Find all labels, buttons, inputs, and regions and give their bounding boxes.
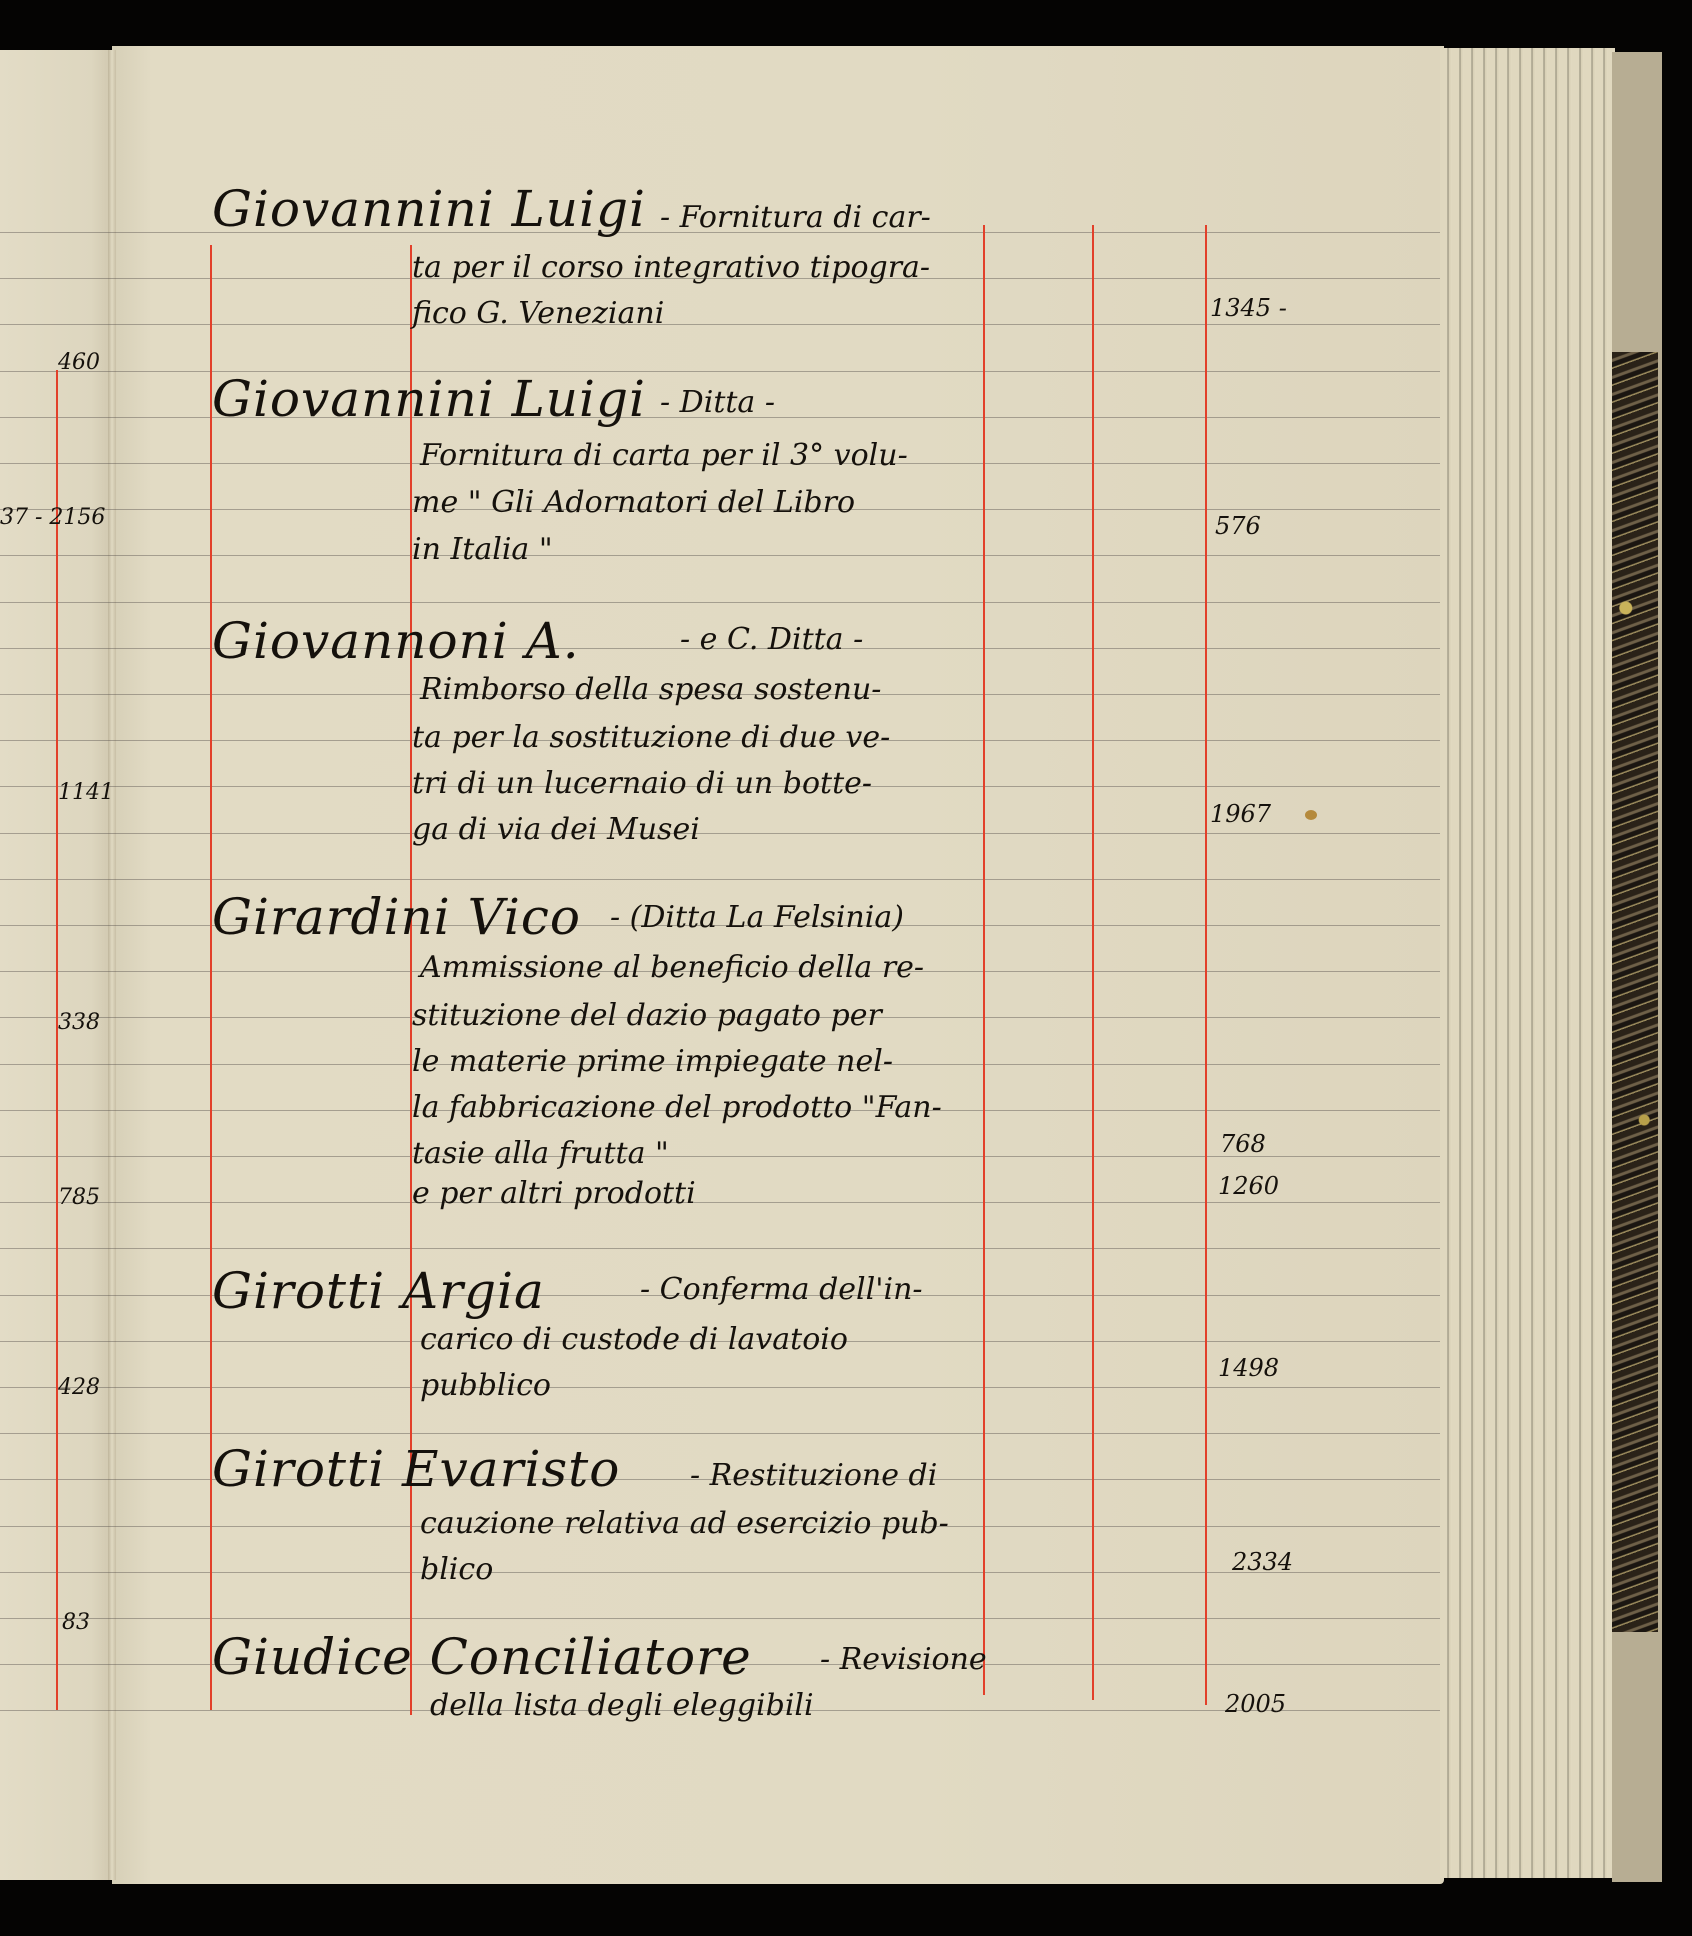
amount-column-rule — [1205, 225, 1207, 1705]
entry-desc-line: ta per la sostituzione di due ve- — [412, 720, 890, 755]
entry-desc-line: la fabbricazione del prodotto "Fan- — [412, 1090, 942, 1125]
margin-number: 460 — [58, 350, 100, 375]
reference-column-rule — [1092, 225, 1094, 1700]
entry-amount: 2005 — [1225, 1690, 1286, 1718]
ruled-line — [0, 1572, 1440, 1573]
entry-title-rest: - Ditta - — [660, 385, 775, 420]
entry-desc-line: Rimborso della spesa sostenu- — [420, 672, 881, 707]
entry-amount: 1260 — [1218, 1172, 1279, 1200]
entry-amount: 2334 — [1232, 1548, 1293, 1576]
entry-amount: 768 — [1220, 1130, 1266, 1158]
entry-name: Girotti Argia — [212, 1262, 545, 1320]
entry-amount: 576 — [1215, 512, 1261, 540]
entry-name: Girardini Vico — [212, 888, 581, 946]
description-end-rule — [983, 225, 985, 1695]
entry-desc-line: Fornitura di carta per il 3° volu- — [420, 438, 908, 473]
entry-name: Girotti Evaristo — [212, 1440, 620, 1498]
ink-stain — [1305, 810, 1317, 820]
entry-title-rest: - e C. Ditta - — [680, 622, 863, 657]
entry-desc-line: fico G. Veneziani — [412, 296, 664, 331]
entry-name: Giovannini Luigi — [212, 370, 646, 428]
ruled-line — [0, 555, 1440, 556]
ruled-line — [0, 833, 1440, 834]
entry-title-rest: - Fornitura di car- — [660, 200, 931, 235]
margin-number: 428 — [58, 1375, 100, 1400]
entry-desc-line: in Italia " — [412, 532, 553, 567]
entry-title-rest: - Restituzione di — [690, 1458, 937, 1493]
entry-desc-line: ga di via dei Musei — [412, 812, 700, 847]
entry-name: Giudice Conciliatore — [212, 1628, 752, 1686]
entry-name: Giovannoni A. — [212, 612, 580, 670]
ruled-line — [0, 602, 1440, 603]
entry-desc-line: blico — [420, 1552, 493, 1587]
entry-title-rest: - Conferma dell'in- — [640, 1272, 923, 1307]
ruled-line — [0, 1618, 1440, 1619]
entry-desc-line: ta per il corso integrativo tipogra- — [412, 250, 930, 285]
entry-name: Giovannini Luigi — [212, 180, 646, 238]
entry-desc-line: me " Gli Adornatori del Libro — [412, 485, 855, 520]
entry-amount: 1967 — [1210, 800, 1271, 828]
ruled-line — [0, 324, 1440, 325]
entry-desc-line: stituzione del dazio pagato per — [412, 998, 882, 1033]
marbled-cover — [1612, 352, 1658, 1632]
entry-title-rest: - Revisione — [820, 1642, 987, 1677]
entry-desc-line: Ammissione al beneficio della re- — [420, 950, 924, 985]
ruled-line — [0, 1202, 1440, 1203]
entry-desc-line: le materie prime impiegate nel- — [412, 1044, 893, 1079]
entry-desc-line: tri di un lucernaio di un botte- — [412, 766, 872, 801]
entry-desc-line: e per altri prodotti — [412, 1176, 696, 1211]
margin-number: 785 — [58, 1185, 100, 1210]
entry-title-rest: - (Ditta La Felsinia) — [610, 900, 904, 935]
entry-desc-line: pubblico — [420, 1368, 551, 1403]
entry-amount: 1345 - — [1210, 294, 1287, 322]
entry-desc-line: carico di custode di lavatoio — [420, 1322, 848, 1357]
ruled-line — [0, 1248, 1440, 1249]
entry-desc-line: tasie alla frutta " — [412, 1136, 669, 1171]
margin-number: 338 — [58, 1010, 100, 1035]
margin-number: 83 — [62, 1610, 90, 1635]
page-stack-edges — [1440, 48, 1615, 1878]
entry-desc-line: della lista degli eleggibili — [430, 1688, 814, 1723]
margin-number: 37 - 2156 — [0, 505, 105, 530]
ruled-line — [0, 1433, 1440, 1434]
ruled-line — [0, 1387, 1440, 1388]
ruled-line — [0, 879, 1440, 880]
left-page-margin-rule — [56, 370, 58, 1710]
entry-amount: 1498 — [1218, 1354, 1279, 1382]
margin-number: 1141 — [58, 780, 114, 805]
entry-desc-line: cauzione relativa ad esercizio pub- — [420, 1506, 949, 1541]
